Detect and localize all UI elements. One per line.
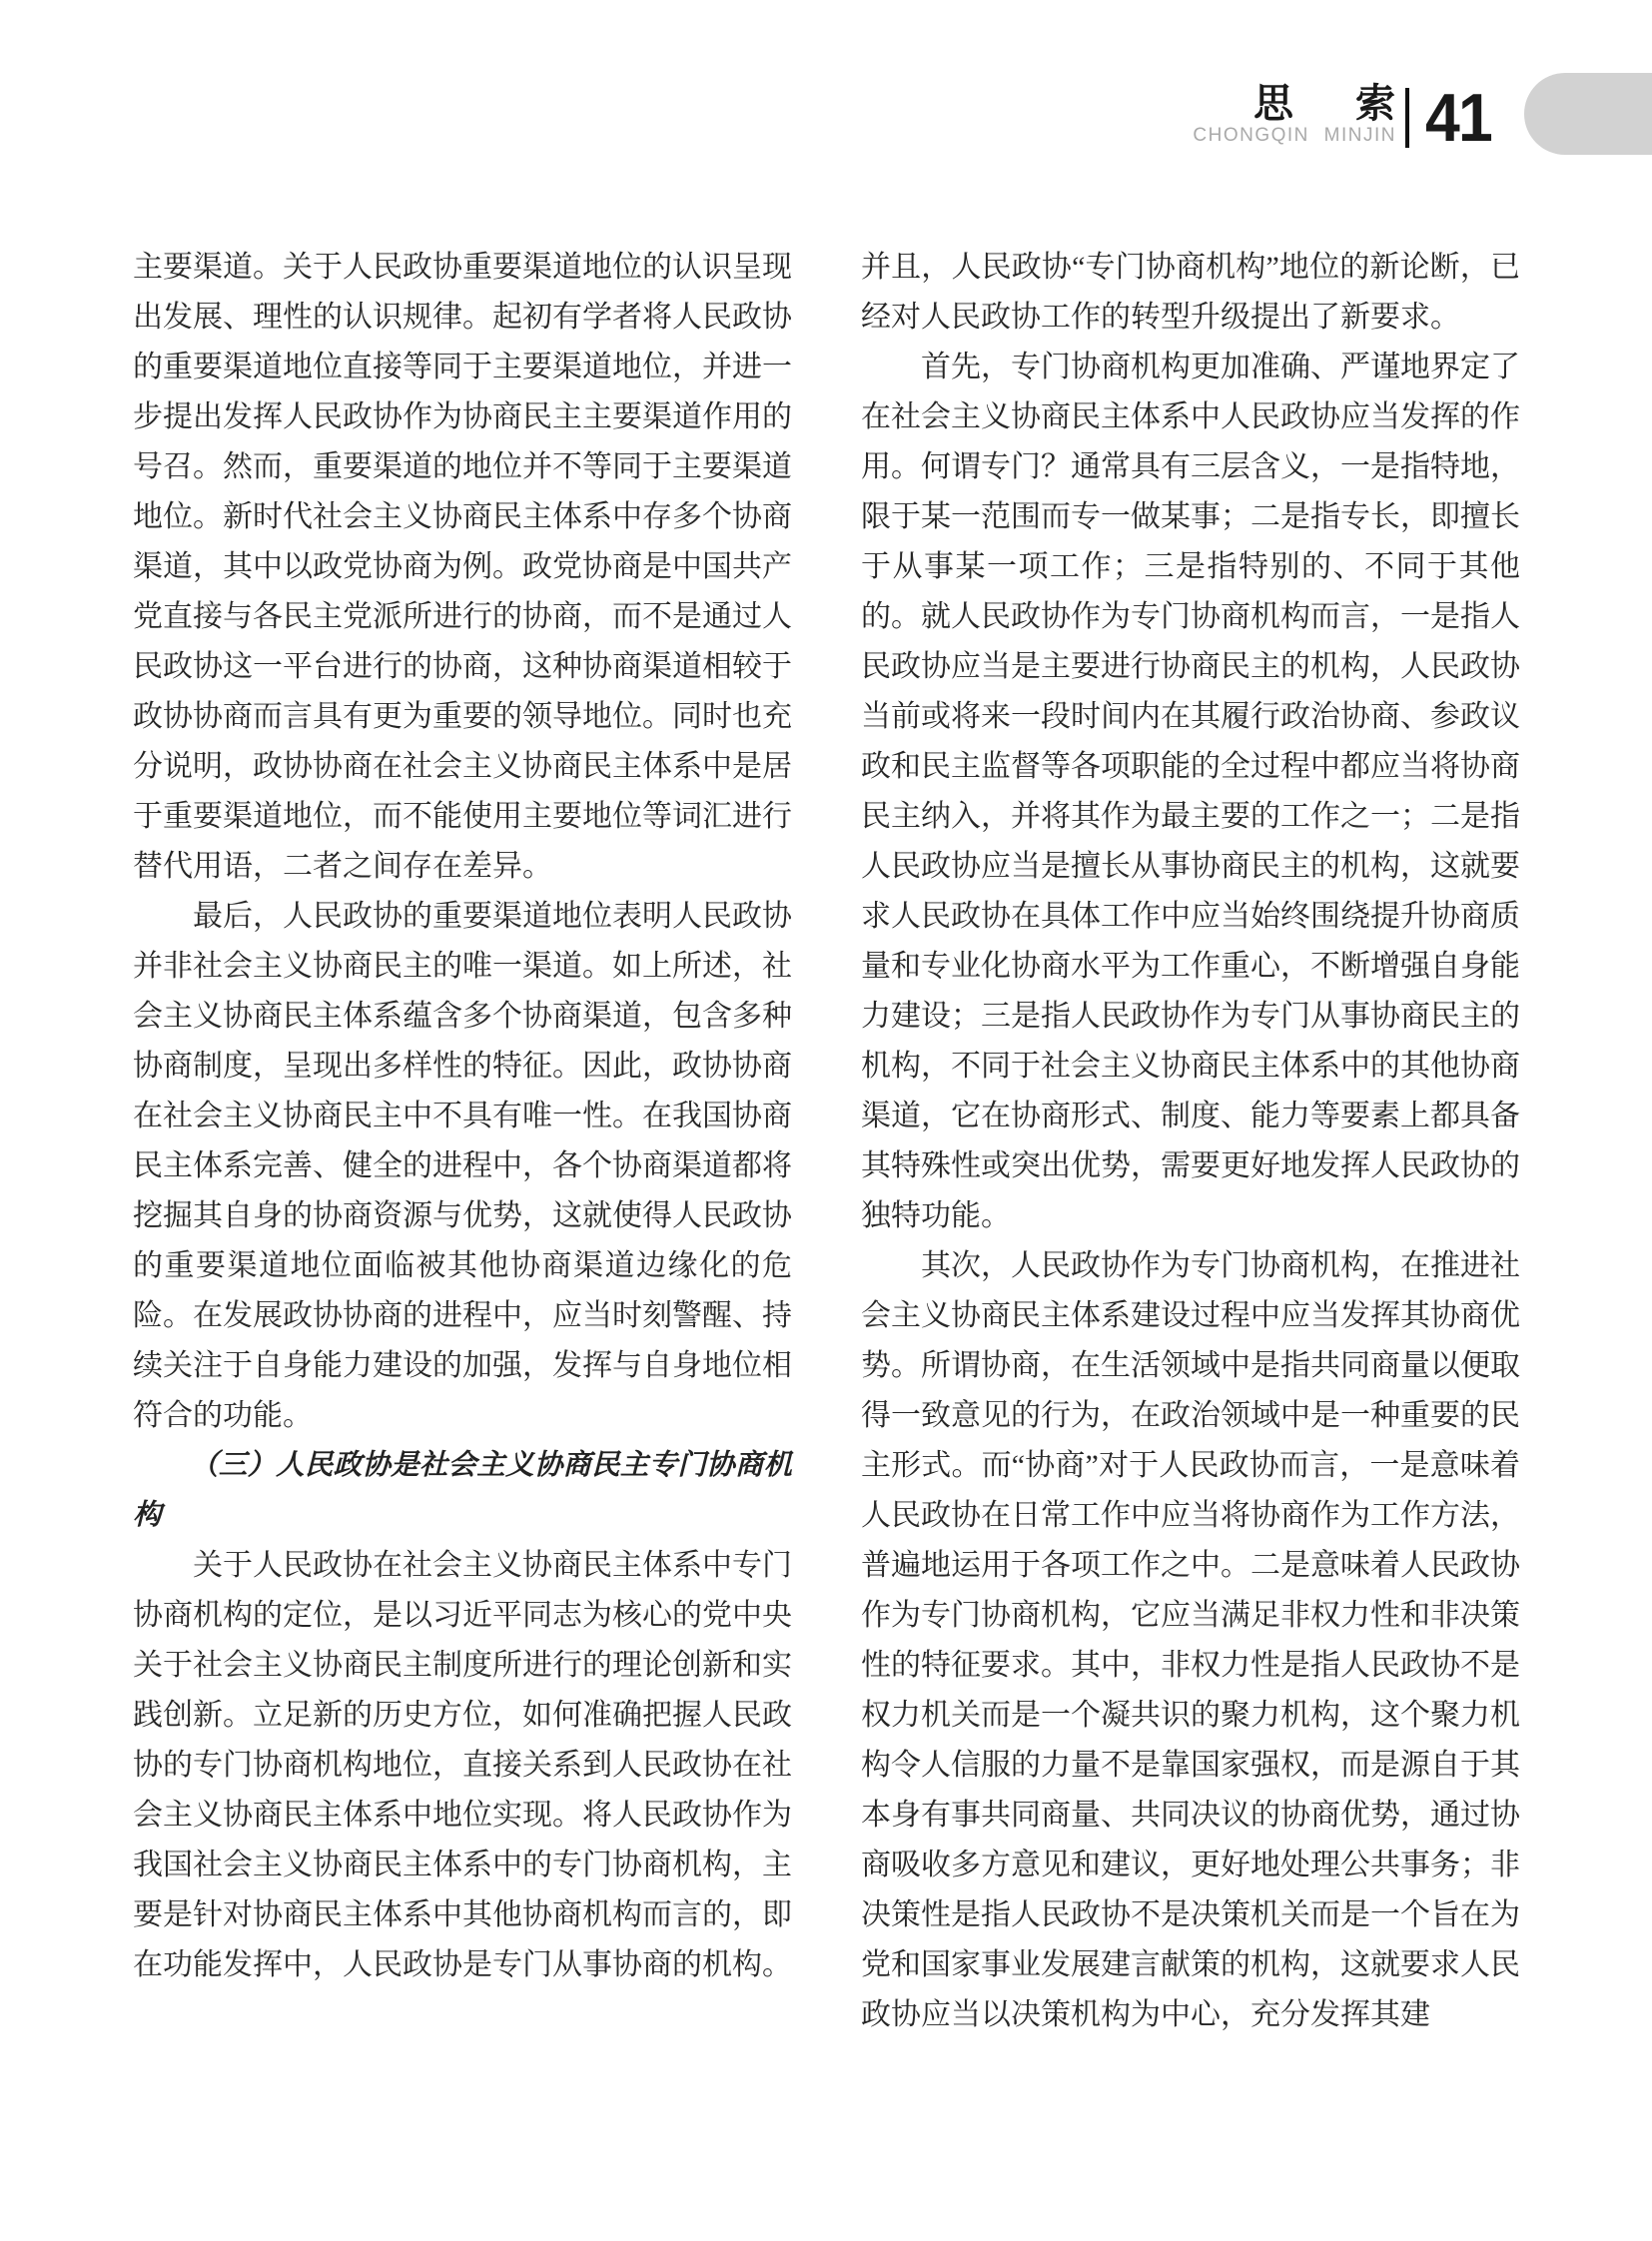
page-number: 41 — [1425, 84, 1491, 152]
right-column: 并且，人民政协“专门协商机构”地位的新论断，已经对人民政协工作的转型升级提出了新… — [861, 243, 1520, 2040]
header-accent-pill — [1524, 73, 1652, 155]
paragraph-continuation: 主要渠道。关于人民政协重要渠道地位的认识呈现出发展、理性的认识规律。起初有学者将… — [133, 243, 792, 892]
paragraph: 关于人民政协在社会主义协商民主体系中专门协商机构的定位，是以习近平同志为核心的党… — [133, 1541, 792, 1990]
journal-name: CHONGQIN MINJIN — [1192, 126, 1396, 145]
header-divider — [1405, 88, 1409, 148]
left-column: 主要渠道。关于人民政协重要渠道地位的认识呈现出发展、理性的认识规律。起初有学者将… — [133, 243, 792, 1990]
paragraph-continuation: 并且，人民政协“专门协商机构”地位的新论断，已经对人民政协工作的转型升级提出了新… — [861, 243, 1520, 343]
paragraph: 首先，专门协商机构更加准确、严谨地界定了在社会主义协商民主体系中人民政协应当发挥… — [861, 343, 1520, 1241]
section-subheading: （三）人民政协是社会主义协商民主专门协商机构 — [133, 1441, 792, 1541]
section-title-char-2: 索 — [1355, 84, 1395, 124]
paragraph: 其次，人民政协作为专门协商机构，在推进社会主义协商民主体系建设过程中应当发挥其协… — [861, 1241, 1520, 2040]
magazine-page: 思 索 CHONGQIN MINJIN 41 主要渠道。关于人民政协重要渠道地位… — [0, 0, 1652, 2241]
paragraph: 最后，人民政协的重要渠道地位表明人民政协并非社会主义协商民主的唯一渠道。如上所述… — [133, 892, 792, 1441]
section-title-char-1: 思 — [1253, 84, 1293, 124]
section-title: 思 索 — [1253, 84, 1395, 124]
